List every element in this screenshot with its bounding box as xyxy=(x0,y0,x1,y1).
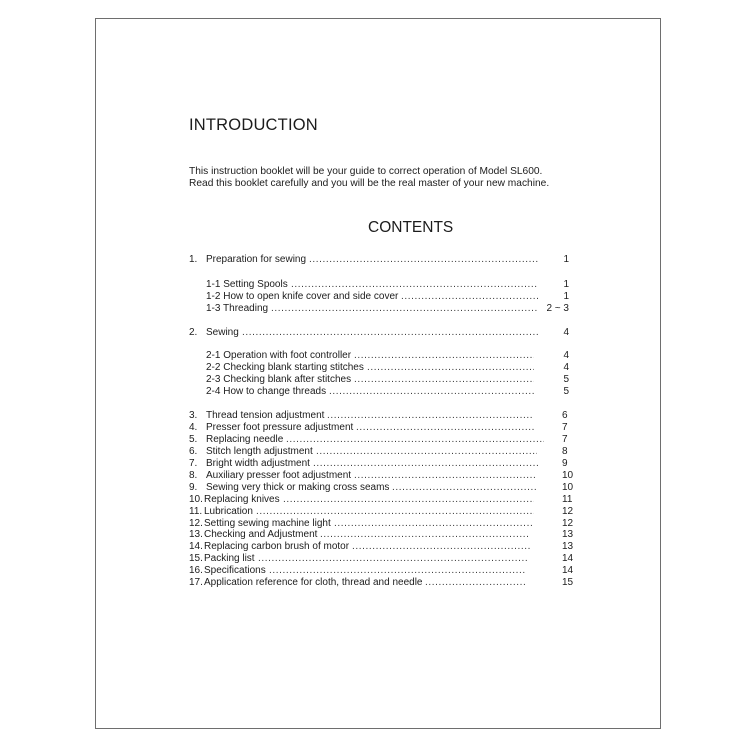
toc-entry: 5.Replacing needle......................… xyxy=(189,434,569,446)
toc-entry-page: 1 xyxy=(563,254,569,266)
toc-entry-page: 1 xyxy=(563,279,569,291)
toc-leader-dots: ........................................… xyxy=(329,386,534,398)
toc-entry: 7.Bright width adjustment...............… xyxy=(189,458,569,470)
toc-entry: 1-2 How to open knife cover and side cov… xyxy=(189,291,569,303)
toc-entry-title: 1-3 Threading xyxy=(206,303,268,315)
toc-leader-dots: ........................................… xyxy=(354,374,534,386)
toc-entry-title: Sewing xyxy=(206,327,239,339)
toc-entry-page: 10 xyxy=(562,470,573,482)
toc-entry-title: 1-1 Setting Spools xyxy=(206,279,288,291)
toc-entry-number: 7. xyxy=(189,458,197,470)
toc-leader-dots: ........................................… xyxy=(354,470,537,482)
toc-entry-title: Specifications xyxy=(204,565,266,577)
toc-entry-number: 15. xyxy=(189,553,203,565)
toc-entry-title: Presser foot pressure adjustment xyxy=(206,422,353,434)
toc-entry-number: 1. xyxy=(189,254,197,266)
toc-leader-dots: ........................................… xyxy=(286,434,544,446)
toc-entry-title: Thread tension adjustment xyxy=(206,410,324,422)
toc-leader-dots: ........................................… xyxy=(356,422,534,434)
toc-leader-dots: ........................................… xyxy=(258,553,528,565)
toc-entry-page: 2 ~ 3 xyxy=(546,303,569,315)
toc-entry: 1-1 Setting Spools......................… xyxy=(189,279,569,291)
introduction-heading: INTRODUCTION xyxy=(189,116,318,135)
toc-entry-title: 2-2 Checking blank starting stitches xyxy=(206,362,364,374)
toc-entry-number: 17. xyxy=(189,577,203,589)
toc-entry-number: 5. xyxy=(189,434,197,446)
toc-entry: 6.Stitch length adjustment..............… xyxy=(189,446,569,458)
toc-entry-number: 3. xyxy=(189,410,197,422)
toc-entry: 2-2 Checking blank starting stitches....… xyxy=(189,362,569,374)
toc-entry: 3.Thread tension adjustment.............… xyxy=(189,410,569,422)
toc-entry: 11.Lubrication..........................… xyxy=(189,506,569,518)
toc-entry: 2-1 Operation with foot controller......… xyxy=(189,350,569,362)
contents-heading: CONTENTS xyxy=(368,219,453,237)
toc-leader-dots: ........................................… xyxy=(352,541,530,553)
toc-entry: 15.Packing list.........................… xyxy=(189,553,569,565)
toc-entry-page: 14 xyxy=(562,565,573,577)
toc-entry-page: 13 xyxy=(562,529,573,541)
toc-entry-number: 16. xyxy=(189,565,203,577)
toc-entry-page: 9 xyxy=(562,458,568,470)
toc-entry: 2-4 How to change threads...............… xyxy=(189,386,569,398)
toc-leader-dots: ........................................… xyxy=(367,362,534,374)
toc-leader-dots: ........................................… xyxy=(392,482,537,494)
toc-entry-page: 1 xyxy=(563,291,569,303)
toc-entry-title: Replacing needle xyxy=(206,434,283,446)
toc-entry: 1-3 Threading...........................… xyxy=(189,303,569,315)
toc-entry-page: 6 xyxy=(562,410,568,422)
toc-entry-title: Packing list xyxy=(204,553,255,565)
toc-entry-page: 4 xyxy=(563,350,569,362)
toc-leader-dots: ........................................… xyxy=(316,446,537,458)
toc-entry-number: 14. xyxy=(189,541,203,553)
toc-entry-number: 4. xyxy=(189,422,197,434)
toc-entry-number: 10. xyxy=(189,494,203,506)
toc-entry-page: 4 xyxy=(563,362,569,374)
toc-entry-title: Sewing very thick or making cross seams xyxy=(206,482,389,494)
toc-leader-dots: ........................................… xyxy=(354,350,534,362)
introduction-line: Read this booklet carefully and you will… xyxy=(189,178,549,190)
toc-entry-title: Application reference for cloth, thread … xyxy=(204,577,422,589)
toc-entry-page: 8 xyxy=(562,446,568,458)
toc-leader-dots: ........................................… xyxy=(320,529,530,541)
toc-leader-dots: ........................................… xyxy=(269,565,525,577)
toc-entry: 16.Specifications.......................… xyxy=(189,565,569,577)
toc-leader-dots: ........................................… xyxy=(309,254,538,266)
toc-entry: 8.Auxiliary presser foot adjustment.....… xyxy=(189,470,569,482)
toc-entry-page: 5 xyxy=(563,386,569,398)
toc-entry: 2-3 Checking blank after stitches.......… xyxy=(189,374,569,386)
toc-entry-title: Auxiliary presser foot adjustment xyxy=(206,470,351,482)
toc-entry: 4.Presser foot pressure adjustment......… xyxy=(189,422,569,434)
toc-entry-number: 2. xyxy=(189,327,197,339)
toc-entry-title: Replacing carbon brush of motor xyxy=(204,541,349,553)
toc-leader-dots: ........................................… xyxy=(291,279,538,291)
toc-entry: 10.Replacing knives.....................… xyxy=(189,494,569,506)
toc-leader-dots: ........................................… xyxy=(242,327,538,339)
toc-entry-page: 10 xyxy=(562,482,573,494)
toc-entry: 14.Replacing carbon brush of motor......… xyxy=(189,541,569,553)
toc-entry-number: 11. xyxy=(189,506,202,518)
toc-leader-dots: ........................................… xyxy=(425,577,525,589)
toc-entry-page: 4 xyxy=(563,327,569,339)
toc-entry: 2.Sewing................................… xyxy=(189,327,569,339)
toc-entry-page: 15 xyxy=(562,577,573,589)
toc-leader-dots: ........................................… xyxy=(313,458,539,470)
toc-entry-title: 1-2 How to open knife cover and side cov… xyxy=(206,291,398,303)
toc-entry: 13.Checking and Adjustment..............… xyxy=(189,529,569,541)
toc-entry-title: Stitch length adjustment xyxy=(206,446,313,458)
toc-entry-page: 7 xyxy=(562,422,568,434)
toc-entry-number: 6. xyxy=(189,446,197,458)
toc-entry-page: 13 xyxy=(562,541,573,553)
toc-entry-title: 2-4 How to change threads xyxy=(206,386,326,398)
toc-entry-page: 11 xyxy=(562,494,572,506)
toc-entry-title: Bright width adjustment xyxy=(206,458,310,470)
toc-entry-page: 14 xyxy=(562,553,573,565)
introduction-text: This instruction booklet will be your gu… xyxy=(189,166,549,190)
toc-entry-page: 12 xyxy=(562,506,573,518)
toc-entry-page: 7 xyxy=(562,434,568,446)
toc-entry-number: 8. xyxy=(189,470,197,482)
toc-entry-title: 2-1 Operation with foot controller xyxy=(206,350,351,362)
introduction-line: This instruction booklet will be your gu… xyxy=(189,166,549,178)
toc-entry-title: Lubrication xyxy=(204,506,253,518)
toc-leader-dots: ........................................… xyxy=(256,506,534,518)
toc-leader-dots: ........................................… xyxy=(271,303,538,315)
toc-leader-dots: ........................................… xyxy=(401,291,538,303)
toc-entry-title: Preparation for sewing xyxy=(206,254,306,266)
toc-leader-dots: ........................................… xyxy=(327,410,534,422)
toc-entry-number: 9. xyxy=(189,482,197,494)
toc-entry-title: 2-3 Checking blank after stitches xyxy=(206,374,351,386)
toc-entry: 17.Application reference for cloth, thre… xyxy=(189,577,569,589)
toc-entry-title: Checking and Adjustment xyxy=(204,529,317,541)
toc-leader-dots: ........................................… xyxy=(283,494,534,506)
toc-entry: 1.Preparation for sewing................… xyxy=(189,254,569,266)
toc-entry-title: Replacing knives xyxy=(204,494,280,506)
toc-entry: 9.Sewing very thick or making cross seam… xyxy=(189,482,569,494)
toc-entry-number: 13. xyxy=(189,529,203,541)
toc-entry-page: 5 xyxy=(563,374,569,386)
